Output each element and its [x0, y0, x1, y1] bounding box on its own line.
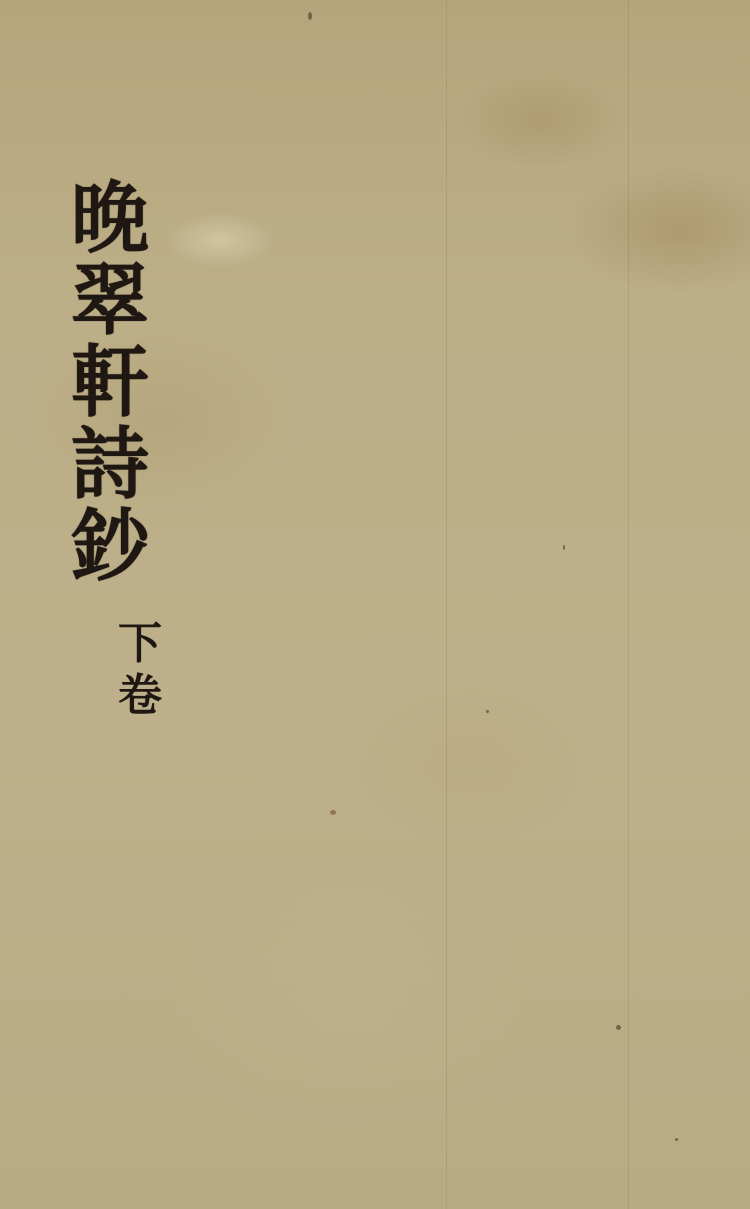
- title-char: 翠: [71, 260, 149, 342]
- paper-fold-line: [628, 0, 629, 1209]
- paper-speck: [675, 1138, 678, 1141]
- book-title: 晚 翠 軒 詩 鈔: [62, 178, 158, 588]
- paper-speck: [308, 12, 312, 20]
- title-char: 軒: [71, 342, 149, 424]
- paper-speck: [486, 710, 489, 713]
- volume-label: 下 卷: [112, 618, 168, 722]
- title-char: 詩: [71, 424, 149, 506]
- paper-speck: [616, 1025, 621, 1030]
- paper-fold-line: [446, 0, 447, 1209]
- paper-speck: [563, 545, 565, 550]
- paper-speck: [330, 810, 336, 815]
- book-cover-page: 晚 翠 軒 詩 鈔 下 卷: [0, 0, 750, 1209]
- title-char: 晚: [71, 178, 149, 260]
- volume-char: 卷: [118, 670, 162, 722]
- volume-char: 下: [118, 618, 162, 670]
- title-char: 鈔: [71, 506, 149, 588]
